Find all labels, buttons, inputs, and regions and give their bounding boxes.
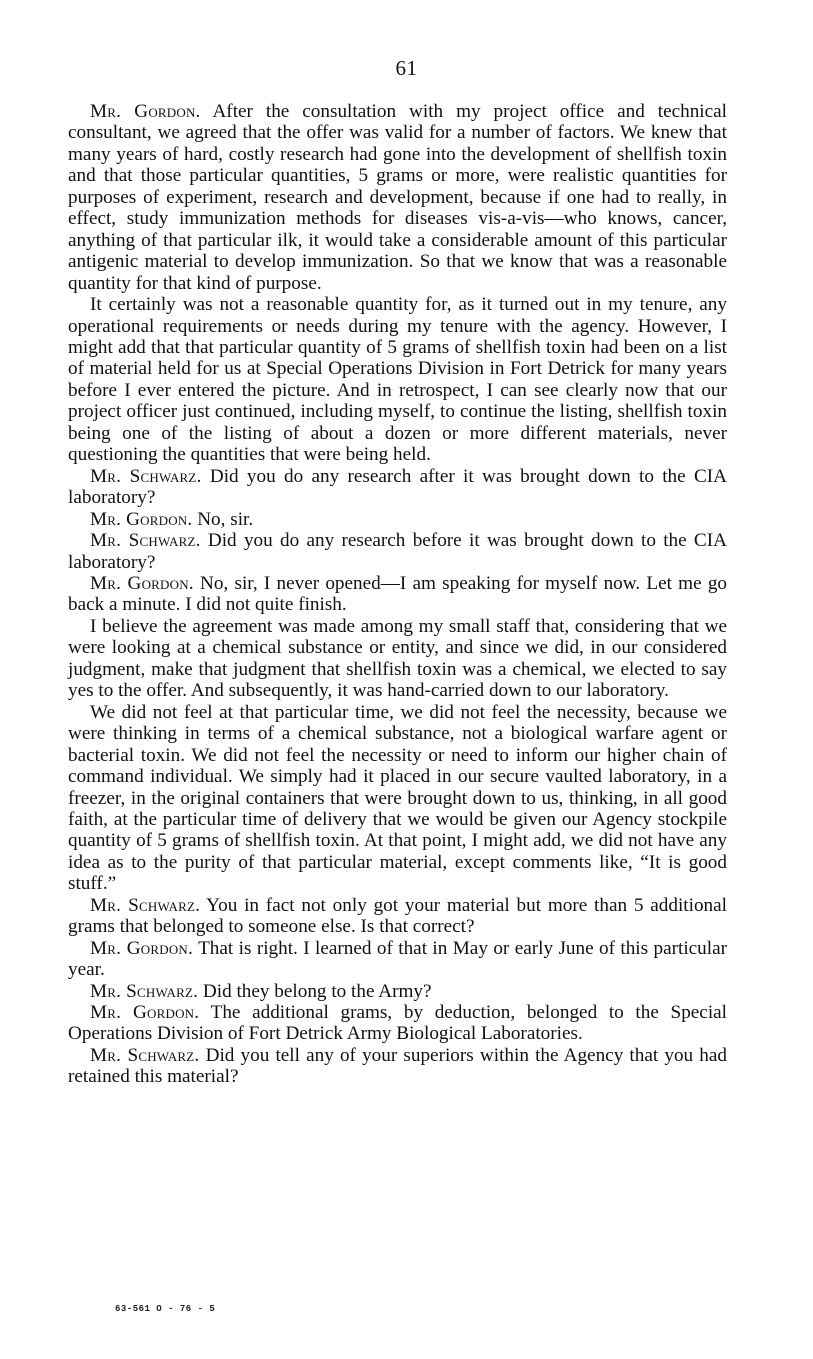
speaker-label: Mr. Schwarz. — [90, 895, 200, 916]
speaker-label: Mr. Gordon. — [90, 573, 194, 594]
speaker-label: Mr. Gordon. — [90, 1002, 199, 1023]
paragraph-schwarz-superiors: Mr. Schwarz. Did you tell any of your su… — [68, 1045, 727, 1088]
paragraph-gordon-consultation: Mr. Gordon. After the consultation with … — [68, 101, 727, 294]
paragraph-text: After the consultation with my project o… — [68, 101, 727, 294]
speaker-label: Mr. Schwarz. — [90, 466, 202, 487]
paragraph-schwarz-army: Mr. Schwarz. Did they belong to the Army… — [68, 981, 727, 1002]
paragraph-gordon-agreement: I believe the agreement was made among m… — [68, 616, 727, 702]
paragraph-gordon-necessity: We did not feel at that particular time,… — [68, 702, 727, 895]
paragraph-gordon-never-opened: Mr. Gordon. No, sir, I never opened—I am… — [68, 573, 727, 616]
paragraph-schwarz-additional-grams: Mr. Schwarz. You in fact not only got yo… — [68, 895, 727, 938]
paragraph-gordon-deduction: Mr. Gordon. The additional grams, by ded… — [68, 1002, 727, 1045]
speaker-label: Mr. Gordon. — [90, 101, 201, 122]
speaker-label: Mr. Schwarz. — [90, 981, 198, 1002]
paragraph-gordon-tenure: It certainly was not a reasonable quanti… — [68, 294, 727, 466]
paragraph-gordon-learned: Mr. Gordon. That is right. I learned of … — [68, 938, 727, 981]
paragraph-text: I believe the agreement was made among m… — [68, 616, 727, 701]
paragraph-text: We did not feel at that particular time,… — [68, 702, 727, 895]
speaker-label: Mr. Schwarz. — [90, 530, 201, 551]
paragraph-text: It certainly was not a reasonable quanti… — [68, 294, 727, 465]
paragraph-schwarz-research-before: Mr. Schwarz. Did you do any research bef… — [68, 530, 727, 573]
paragraph-gordon-no-sir: Mr. Gordon. No, sir. — [68, 509, 727, 530]
transcript-body: Mr. Gordon. After the consultation with … — [68, 101, 727, 1088]
print-job-code: 63-561 O - 76 - 5 — [115, 1304, 215, 1314]
paragraph-text: Did they belong to the Army? — [198, 981, 431, 1002]
speaker-label: Mr. Gordon. — [90, 938, 193, 959]
speaker-label: Mr. Gordon. — [90, 509, 192, 530]
speaker-label: Mr. Schwarz. — [90, 1045, 199, 1066]
page-number: 61 — [0, 56, 813, 81]
paragraph-schwarz-research-after: Mr. Schwarz. Did you do any research aft… — [68, 466, 727, 509]
paragraph-text: No, sir. — [192, 509, 253, 530]
